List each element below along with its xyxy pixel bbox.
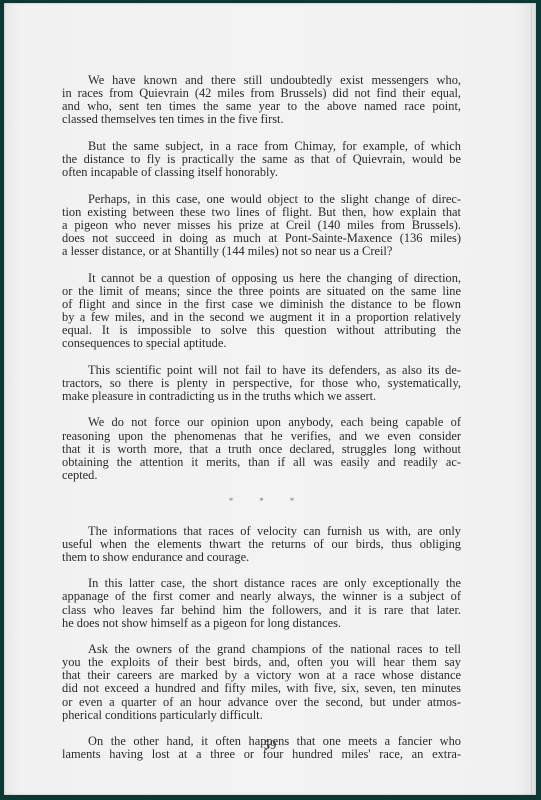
- text-line: that it is worth more, that a truth once…: [62, 443, 461, 456]
- text-line: cepted.: [62, 469, 461, 482]
- paragraph: In this latter case, the short distance …: [62, 577, 461, 629]
- text-line: a pigeon who never misses his prize at C…: [62, 219, 461, 232]
- paragraphs-after-break: The informations that races of velocity …: [62, 525, 461, 762]
- paragraph: We have known and there still undoubtedl…: [62, 74, 461, 126]
- text-line: It cannot be a question of opposing us h…: [62, 272, 461, 285]
- text-line: them to show endurance and courage.: [62, 551, 461, 564]
- text-line: consequences to special aptitude.: [62, 337, 461, 350]
- asterisk-ornament: *: [259, 495, 264, 508]
- text-line: tion existing between these two lines of…: [62, 206, 461, 219]
- text-line: often incapable of classing itself honor…: [62, 166, 461, 179]
- section-break-asterisks: ***: [62, 495, 461, 508]
- paragraph: Ask the owners of the grand champions of…: [62, 643, 461, 722]
- text-line: class who leaves far behind him the foll…: [62, 604, 461, 617]
- body-text: We have known and there still undoubtedl…: [62, 74, 461, 775]
- text-line: classed themselves ten times in the five…: [62, 113, 461, 126]
- text-line: Perhaps, in this case, one would object …: [62, 193, 461, 206]
- text-line: appanage of the first comer and nearly a…: [62, 590, 461, 603]
- asterisk-ornament: *: [229, 495, 234, 508]
- paragraph: We do not force our opinion upon anybody…: [62, 416, 461, 481]
- text-line: The informations that races of velocity …: [62, 525, 461, 538]
- asterisk-ornament: *: [290, 495, 295, 508]
- paragraph: It cannot be a question of opposing us h…: [62, 272, 461, 351]
- text-line: We do not force our opinion upon anybody…: [62, 416, 461, 429]
- paragraph: But the same subject, in a race from Chi…: [62, 140, 461, 179]
- text-line: or the limit of means; since the three p…: [62, 285, 461, 298]
- text-line: useful when the elements thwart the retu…: [62, 538, 461, 551]
- paragraph: This scientific point will not fail to h…: [62, 364, 461, 403]
- paragraphs-before-break: We have known and there still undoubtedl…: [62, 74, 461, 482]
- text-line: did not exceed a hundred and fifty miles…: [62, 682, 461, 695]
- book-page: We have known and there still undoubtedl…: [4, 3, 536, 795]
- text-line: But the same subject, in a race from Chi…: [62, 140, 461, 153]
- text-line: he does not show himself as a pigeon for…: [62, 617, 461, 630]
- text-line: a lesser distance, or at Shantilly (144 …: [62, 245, 461, 258]
- text-line: make pleasure in contradicting us in the…: [62, 390, 461, 403]
- text-line: tractors, so there is plenty in perspect…: [62, 377, 461, 390]
- text-line: of flight and since in the first case we…: [62, 298, 461, 311]
- text-line: obtaining the attention it merits, than …: [62, 456, 461, 469]
- text-line: pherical conditions particularly difficu…: [62, 709, 461, 722]
- text-line: This scientific point will not fail to h…: [62, 364, 461, 377]
- text-line: or even a quarter of an hour advance ove…: [62, 696, 461, 709]
- page-number: 59: [4, 738, 536, 753]
- paragraph: The informations that races of velocity …: [62, 525, 461, 564]
- scan-frame: We have known and there still undoubtedl…: [0, 0, 541, 800]
- text-line: reasoning upon the phenomenas that he ve…: [62, 430, 461, 443]
- paragraph: Perhaps, in this case, one would object …: [62, 193, 461, 258]
